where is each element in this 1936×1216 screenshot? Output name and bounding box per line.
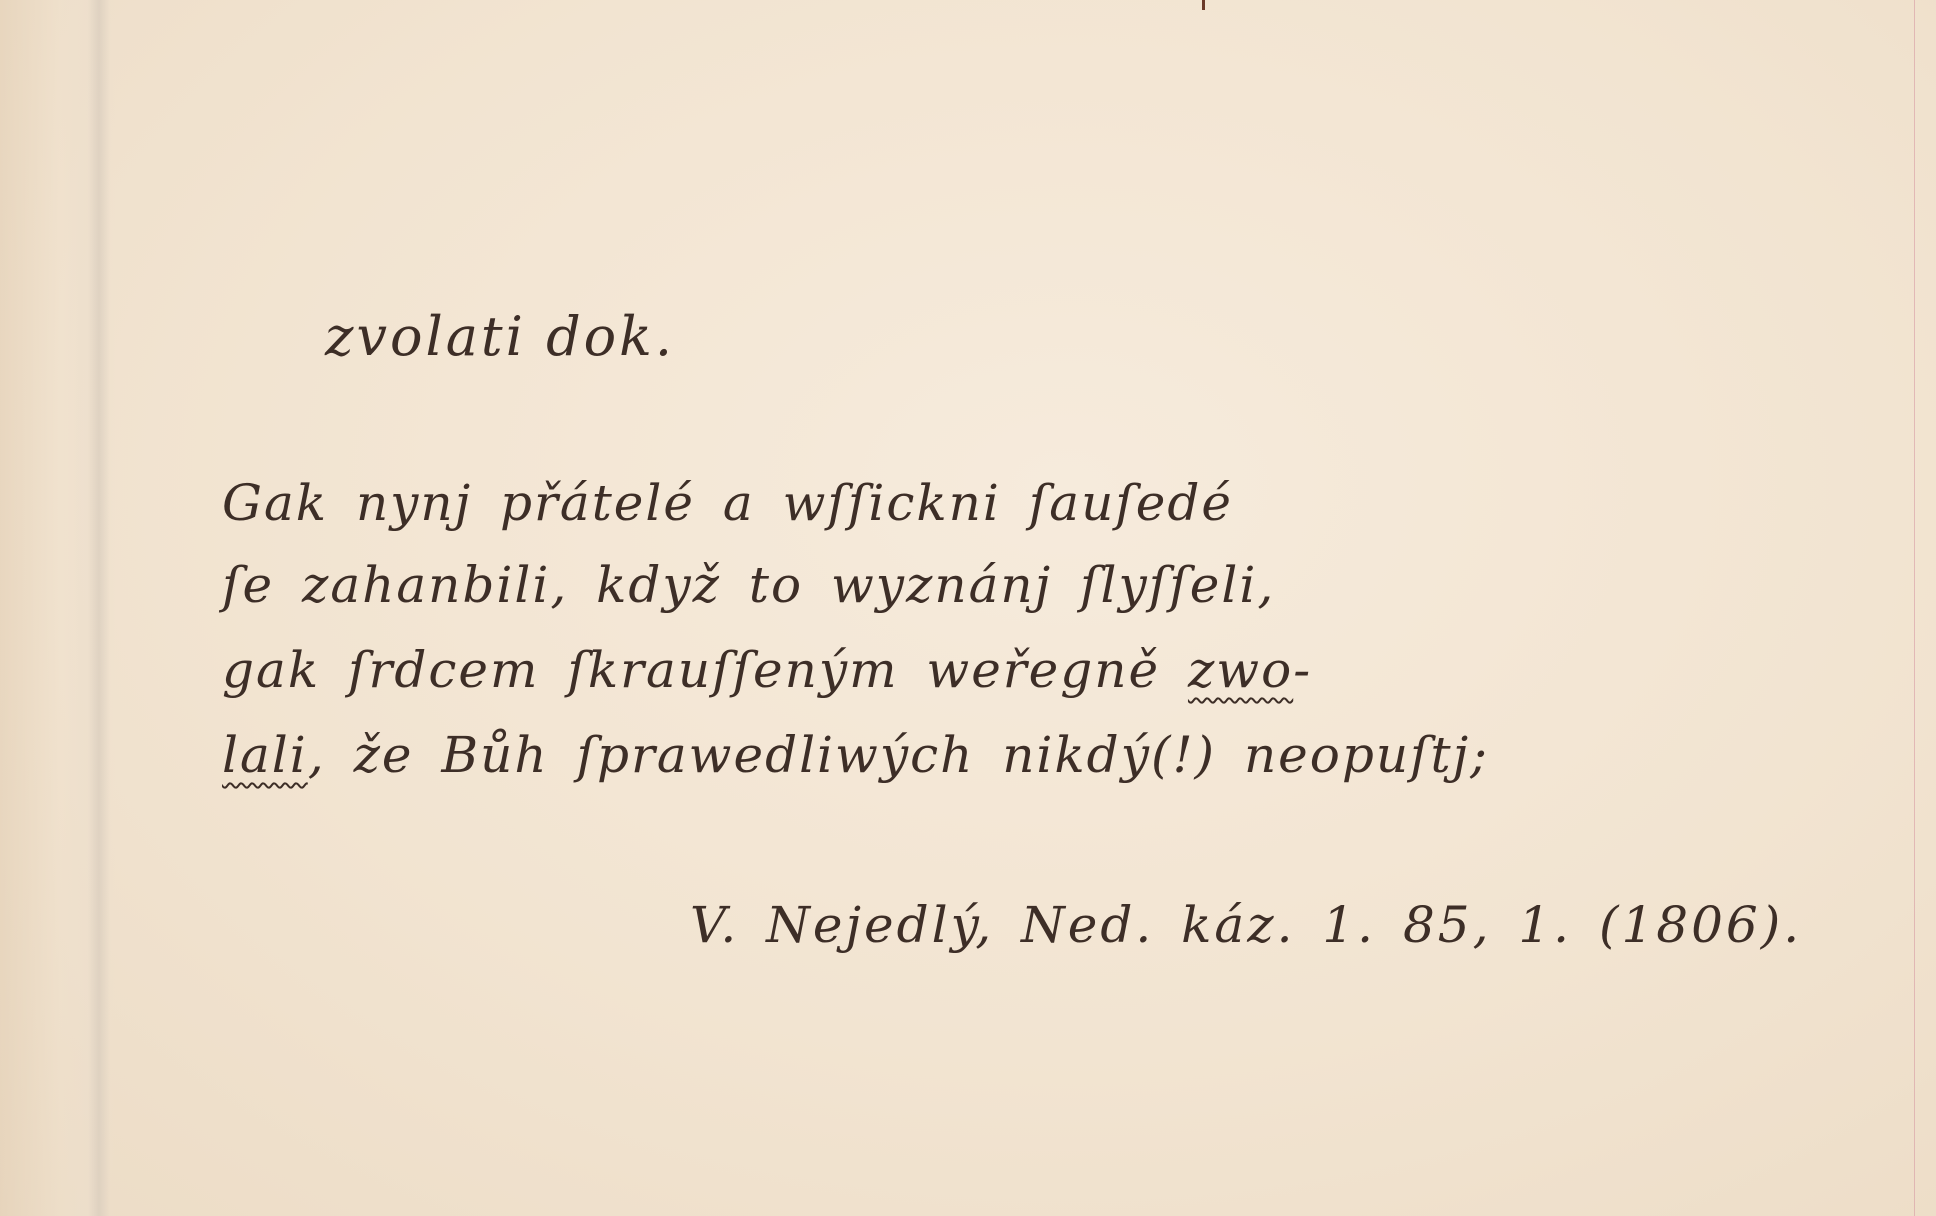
quote-line-1-text: Gak nynj přátelé a wſſickni ſauſedé	[222, 474, 1233, 532]
underlined-word-zwo: zwo	[1188, 641, 1293, 699]
quote-line-3: gak ſrdcem ſkrauſſeným weřegně zwo-	[222, 645, 1312, 695]
quote-line-1: Gak nynj přátelé a wſſickni ſauſedé	[222, 478, 1233, 528]
top-tick-mark	[1202, 0, 1205, 10]
quote-line-2: ſe zahanbili, když to wyznánj ſlyſſeli,	[222, 560, 1275, 610]
source-citation: V. Nejedlý, Ned. káz. 1. 85, 1. (1806).	[690, 900, 1802, 950]
quote-line-2-text: ſe zahanbili, když to wyznánj ſlyſſeli,	[222, 556, 1275, 614]
quote-line-3-text: gak ſrdcem ſkrauſſeným weřegně	[222, 641, 1188, 699]
underlined-word-lali: lali	[222, 726, 308, 784]
margin-rule-line	[1914, 0, 1915, 1216]
quote-line-4-text: , že Bůh ſprawedliwých nikdý(!) neopuſtj…	[308, 726, 1489, 784]
paper-fold-shadow	[88, 0, 110, 1216]
quote-line-4: lali, že Bůh ſprawedliwých nikdý(!) neop…	[222, 730, 1489, 780]
hyphen: -	[1293, 641, 1312, 699]
headword: zvolati dok.	[325, 310, 675, 364]
